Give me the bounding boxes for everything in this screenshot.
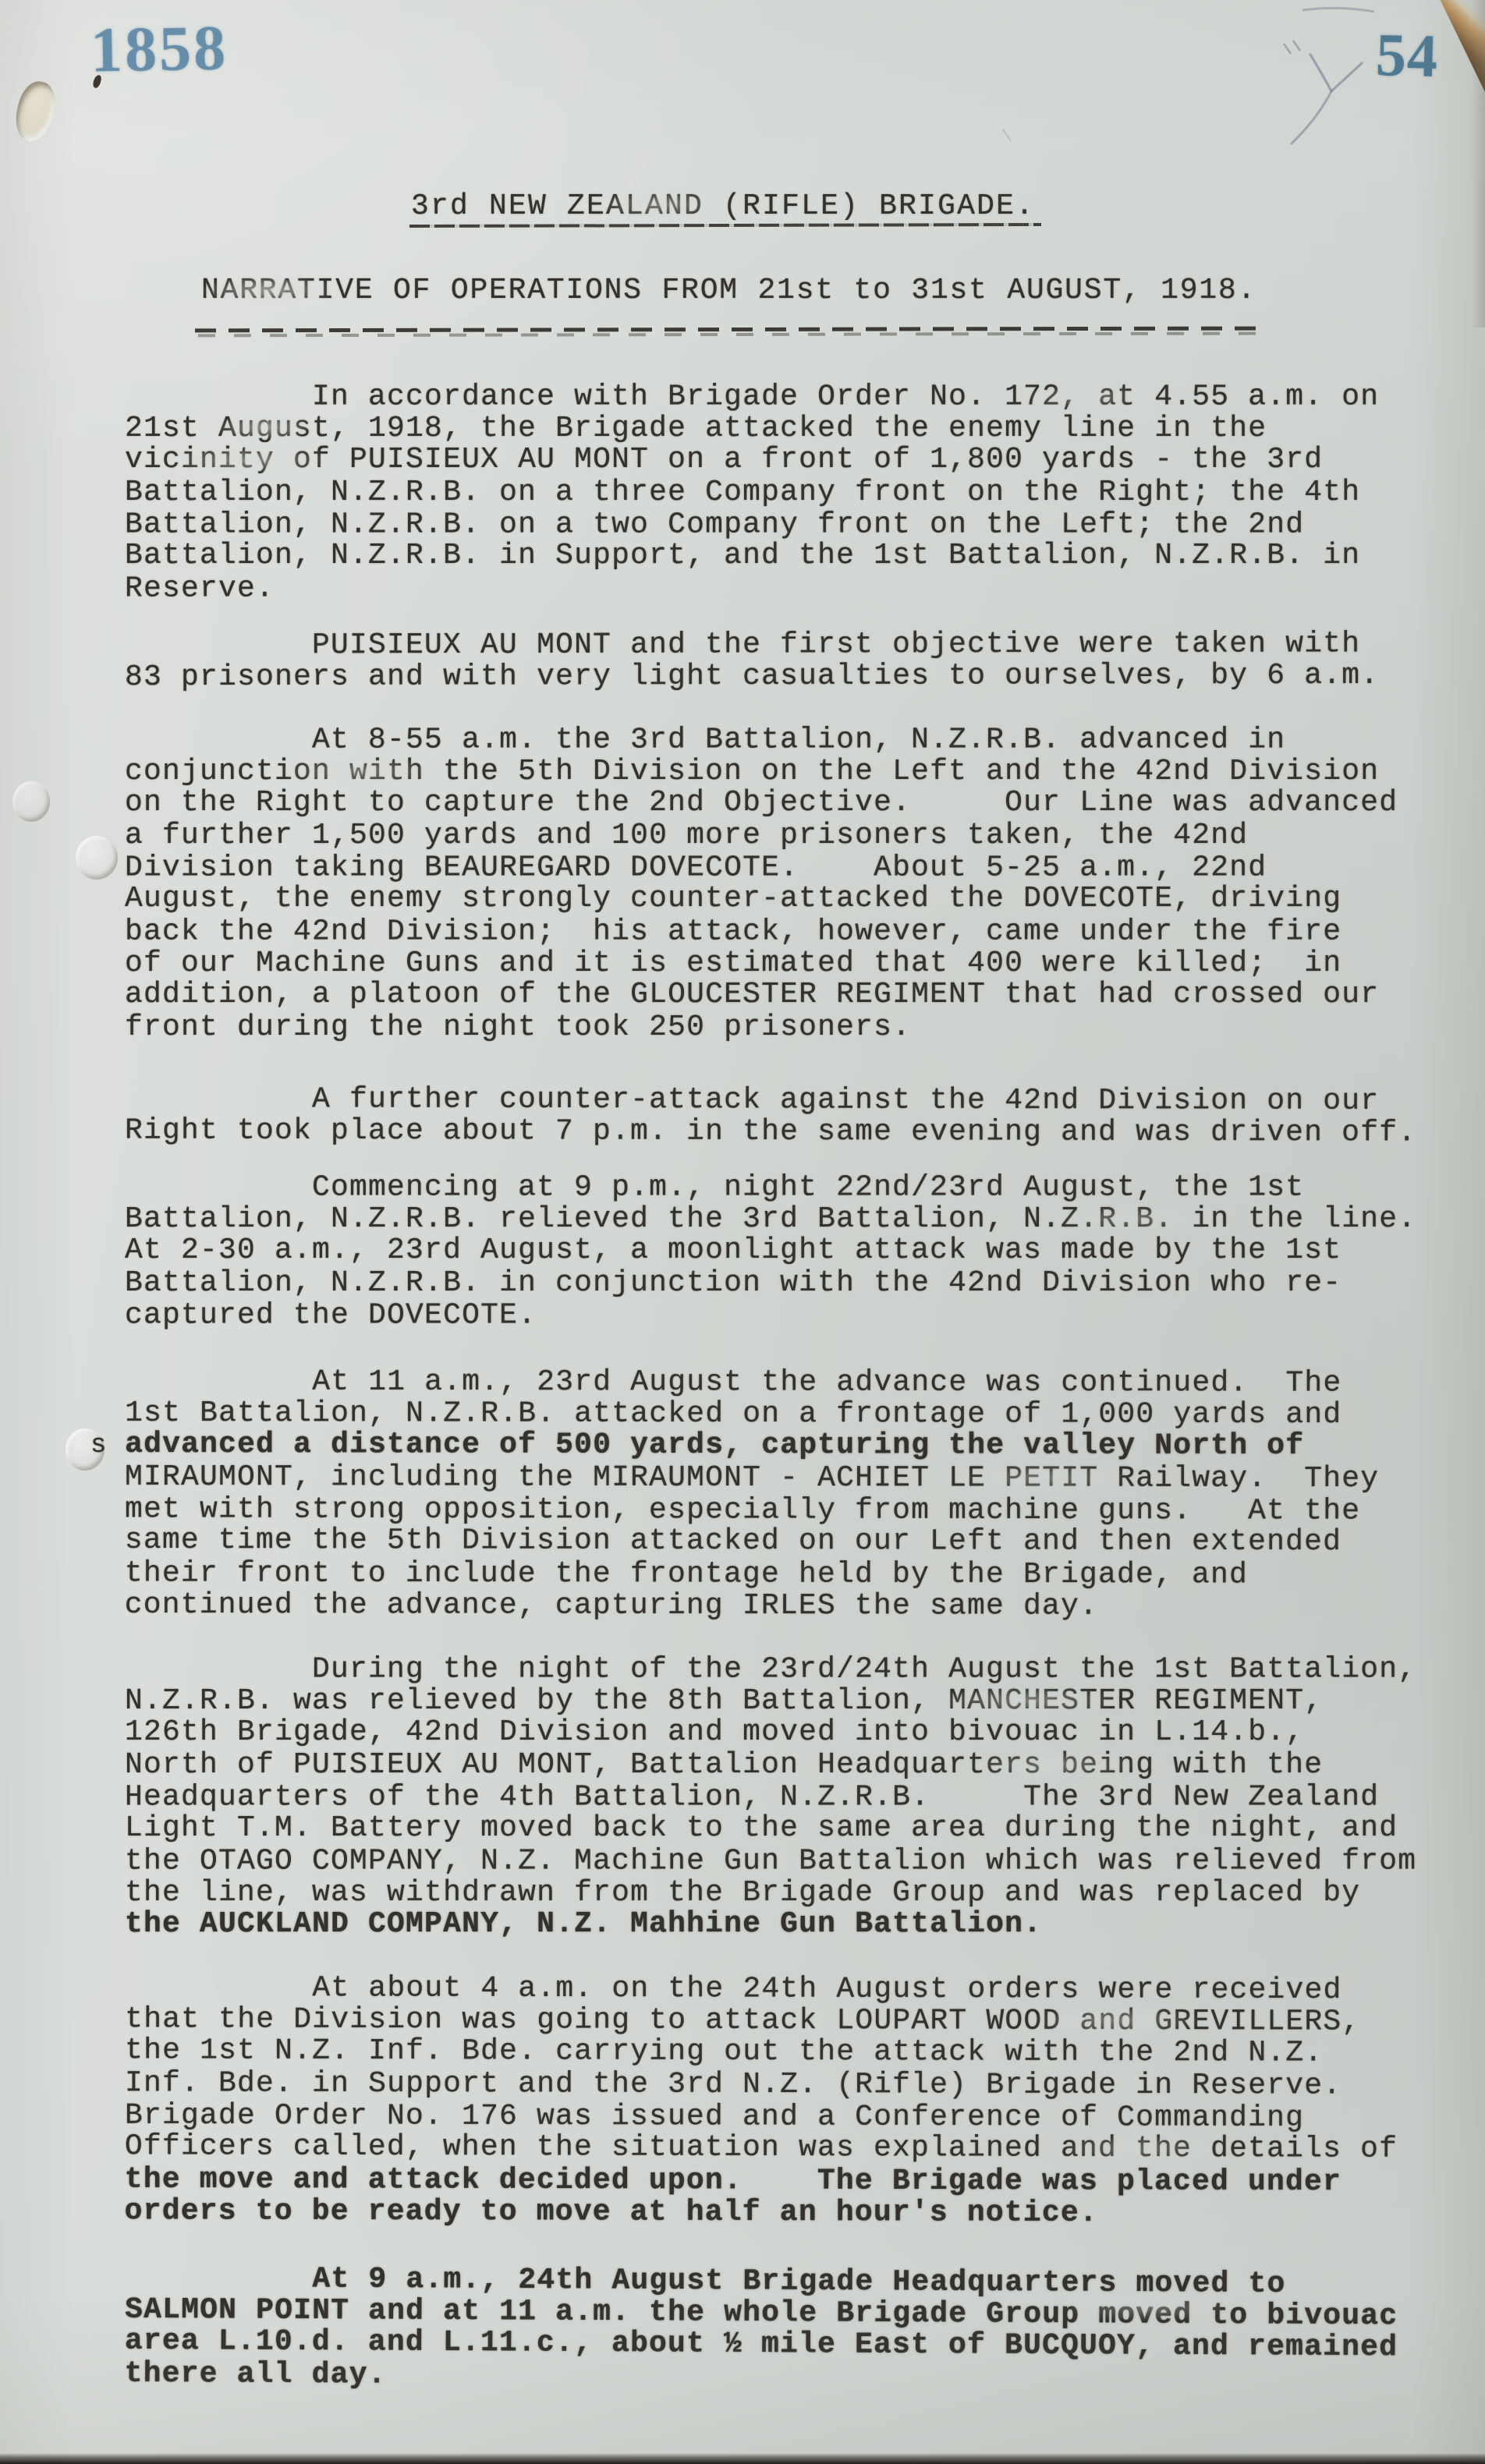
typed-line: captured the DOVECOTE. [125, 1300, 1416, 1332]
typed-line: orders to be ready to move at half an ho… [125, 2195, 1398, 2229]
typed-line: met with strong opposition, especially f… [125, 1493, 1379, 1527]
typed-line: Headquarters of the 4th Battalion, N.Z.R… [125, 1782, 1416, 1814]
typed-line: Commencing at 9 p.m., night 22nd/23rd Au… [125, 1172, 1416, 1204]
emboss-mark [12, 781, 50, 822]
paper-right-edge-shadow [1471, 0, 1485, 327]
typed-line: MIRAUMONT, including the MIRAUMONT - ACH… [125, 1461, 1379, 1495]
paragraph: At about 4 a.m. on the 24th August order… [125, 1971, 1398, 2229]
typed-line: the AUCKLAND COMPANY, N.Z. Mahhine Gun B… [125, 1908, 1416, 1940]
typed-line: the move and attack decided upon. The Br… [125, 2164, 1398, 2198]
typed-line: Battalion, N.Z.R.B. relieved the 3rd Bat… [125, 1203, 1416, 1235]
typed-line: Battalion, N.Z.R.B. on a three Company f… [125, 476, 1379, 508]
typed-line: conjunction with the 5th Division on the… [125, 756, 1398, 788]
typed-line: there all day. [125, 2358, 1398, 2397]
typed-line: 1st Battalion, N.Z.R.B. attacked on a fr… [125, 1397, 1379, 1431]
typed-line: A further counter-attack against the 42n… [125, 1083, 1416, 1117]
typed-line: Right took place about 7 p.m. in the sam… [125, 1115, 1416, 1149]
typed-line: N.Z.R.B. was relieved by the 8th Battali… [125, 1685, 1416, 1717]
typed-line: During the night of the 23rd/24th August… [125, 1654, 1416, 1686]
paragraph: At 11 a.m., 23rd August the advance was … [125, 1365, 1380, 1623]
typed-line: of our Machine Guns and it is estimated … [125, 947, 1398, 979]
typed-line: continued the advance, capturing IRLES t… [125, 1589, 1379, 1623]
typed-line: At 8-55 a.m. the 3rd Battalion, N.Z.R.B.… [125, 724, 1398, 756]
document-page: 1858 54 3rd NEW ZEALAND (RIFLE) BRIGADE.… [0, 0, 1485, 2464]
paragraph: PUISIEUX AU MONT and the first objective… [125, 628, 1379, 693]
typed-line: that the Division was going to attack LO… [125, 2003, 1398, 2037]
typed-line: Division taking BEAUREGARD DOVECOTE. Abo… [125, 852, 1398, 884]
typed-line: Brigade Order No. 176 was issued and a C… [125, 2100, 1398, 2134]
typed-line: At 9 a.m., 24th August Brigade Headquart… [125, 2262, 1398, 2301]
typed-line: the OTAGO COMPANY, N.Z. Machine Gun Batt… [125, 1846, 1416, 1878]
typed-line: area L.10.d. and L.11.c., about ½ mile E… [125, 2325, 1398, 2364]
archive-number-stamp: 1858 [90, 11, 229, 87]
typed-line: same time the 5th Division attacked on o… [125, 1524, 1379, 1558]
typed-line: August, the enemy strongly counter-attac… [125, 883, 1398, 915]
typed-line: 21st August, 1918, the Brigade attacked … [125, 412, 1379, 444]
typed-line: a further 1,500 yards and 100 more priso… [125, 820, 1398, 851]
typed-line: front during the night took 250 prisoner… [125, 1011, 1398, 1043]
typed-line: back the 42nd Division; his attack, howe… [125, 916, 1398, 948]
typed-line: 126th Brigade, 42nd Division and moved i… [125, 1716, 1416, 1748]
paragraph: At 9 a.m., 24th August Brigade Headquart… [125, 2262, 1398, 2397]
typed-line: 83 prisoners and with very light casualt… [125, 660, 1379, 693]
paragraph: A further counter-attack against the 42n… [125, 1083, 1416, 1149]
dashed-underline [195, 327, 1256, 333]
paragraph: During the night of the 23rd/24th August… [125, 1653, 1416, 1941]
typed-line: advanced a distance of 500 yards, captur… [125, 1428, 1379, 1462]
typed-line: their front to include the frontage held… [125, 1557, 1379, 1591]
typed-line: In accordance with Brigade Order No. 172… [125, 381, 1379, 413]
typed-line: Battalion, N.Z.R.B. in conjunction with … [125, 1267, 1416, 1299]
typed-line: Battalion, N.Z.R.B. in Support, and the … [125, 540, 1379, 572]
photo-bottom-edge [0, 2453, 1485, 2464]
page-title: 3rd NEW ZEALAND (RIFLE) BRIGADE. [411, 190, 1035, 227]
page-subtitle: NARRATIVE OF OPERATIONS FROM 21st to 31s… [201, 274, 1256, 306]
paragraph: Commencing at 9 p.m., night 22nd/23rd Au… [125, 1171, 1416, 1331]
paragraph: At 8-55 a.m. the 3rd Battalion, N.Z.R.B.… [125, 724, 1398, 1043]
typed-line: Inf. Bde. in Support and the 3rd N.Z. (R… [125, 2067, 1398, 2101]
typed-line: Reserve. [125, 573, 1379, 605]
typed-line: Officers called, when the situation was … [125, 2130, 1398, 2165]
typed-line: the 1st N.Z. Inf. Bde. carrying out the … [125, 2034, 1398, 2069]
typed-line: At 11 a.m., 23rd August the advance was … [125, 1365, 1379, 1399]
margin-letter: s [90, 1430, 108, 1462]
typed-line: At 2-30 a.m., 23rd August, a moonlight a… [125, 1234, 1416, 1266]
typed-line: Battalion, N.Z.R.B. on a two Company fro… [125, 509, 1379, 541]
emboss-mark [76, 836, 118, 880]
typed-line: the line, was withdrawn from the Brigade… [125, 1877, 1416, 1909]
typed-line: Light T.M. Battery moved back to the sam… [125, 1812, 1416, 1844]
typed-line: addition, a platoon of the GLOUCESTER RE… [125, 979, 1398, 1011]
typed-line: PUISIEUX AU MONT and the first objective… [125, 628, 1379, 661]
typed-line: At about 4 a.m. on the 24th August order… [125, 1972, 1398, 2006]
typed-line: vicinity of PUISIEUX AU MONT on a front … [125, 444, 1379, 476]
page-number-stamp: 54 [1375, 19, 1439, 91]
paragraph: In accordance with Brigade Order No. 172… [125, 381, 1379, 604]
typed-line: on the Right to capture the 2nd Objectiv… [125, 787, 1398, 819]
paper-hole [11, 78, 58, 145]
typed-line: North of PUISIEUX AU MONT, Battalion Hea… [125, 1749, 1416, 1781]
